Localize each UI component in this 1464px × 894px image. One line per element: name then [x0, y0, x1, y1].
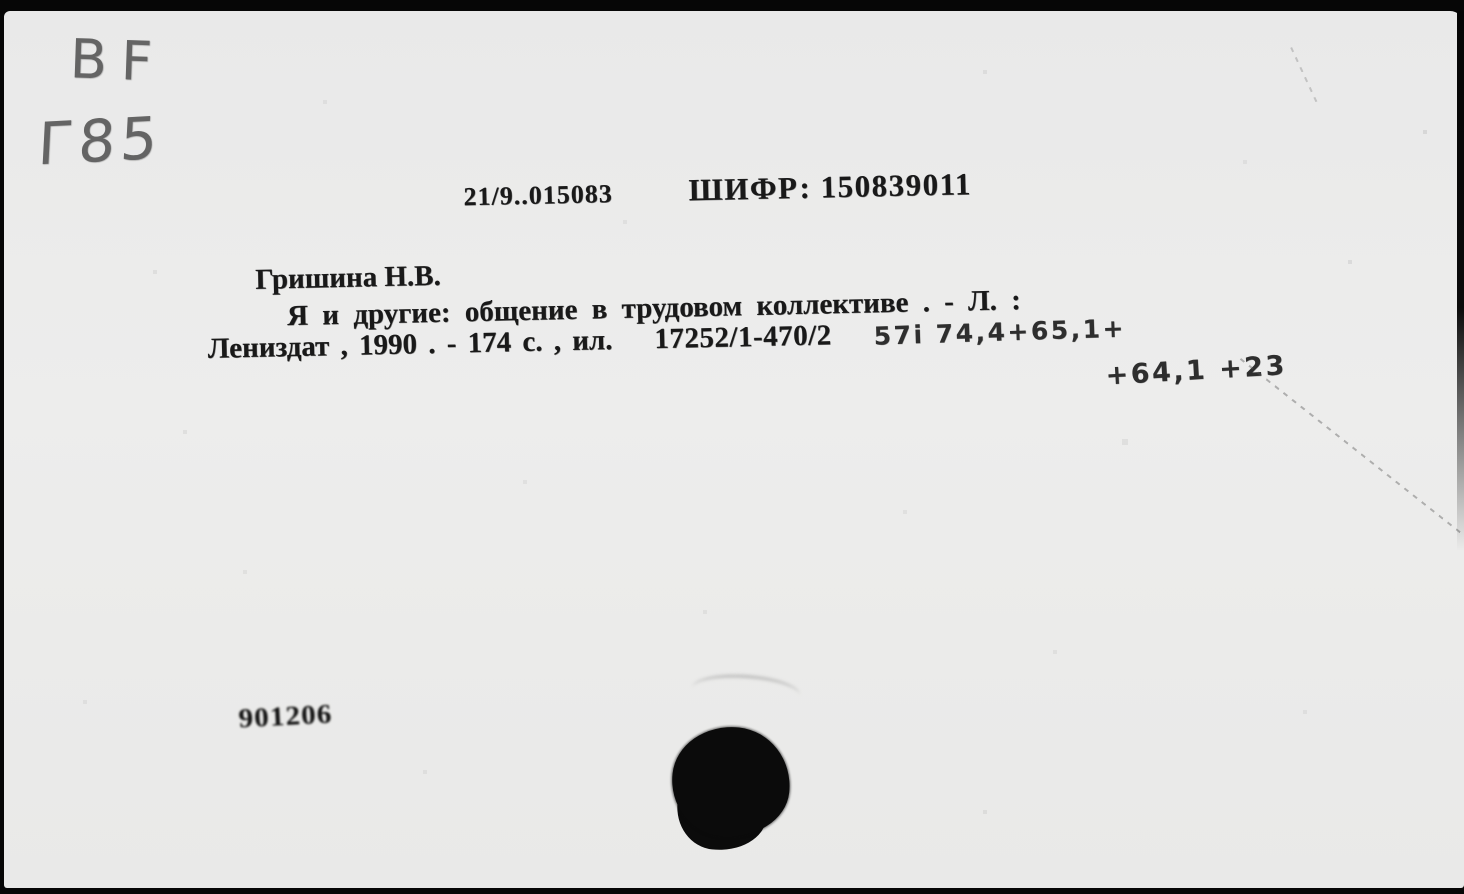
handwritten-class-2: +64,1 +23	[1105, 350, 1288, 391]
author-line: Гришина Н.В.	[255, 260, 441, 297]
scan-noise	[4, 11, 6, 13]
shifr-label: ШИФР:	[688, 170, 811, 208]
date-stamp: 901206	[238, 699, 333, 735]
shifr-line: ШИФР: 150839011	[688, 166, 972, 208]
catalog-card: BF Г85 21/9..015083 ШИФР: 150839011 Гриш…	[4, 11, 1464, 888]
imprint-line: Лениздат , 1990 . - 174 с. , ил.	[207, 324, 612, 366]
handwritten-class-1: 57і 74,4+65,1+	[873, 314, 1126, 351]
scan-edge-shadow	[1457, 11, 1464, 551]
inventory-code: 17252/1-470/2	[654, 319, 832, 356]
shifr-value: 150839011	[820, 166, 972, 204]
header-row: 21/9..015083 ШИФР: 150839011	[463, 166, 972, 213]
accession-number: 21/9..015083	[463, 179, 613, 212]
